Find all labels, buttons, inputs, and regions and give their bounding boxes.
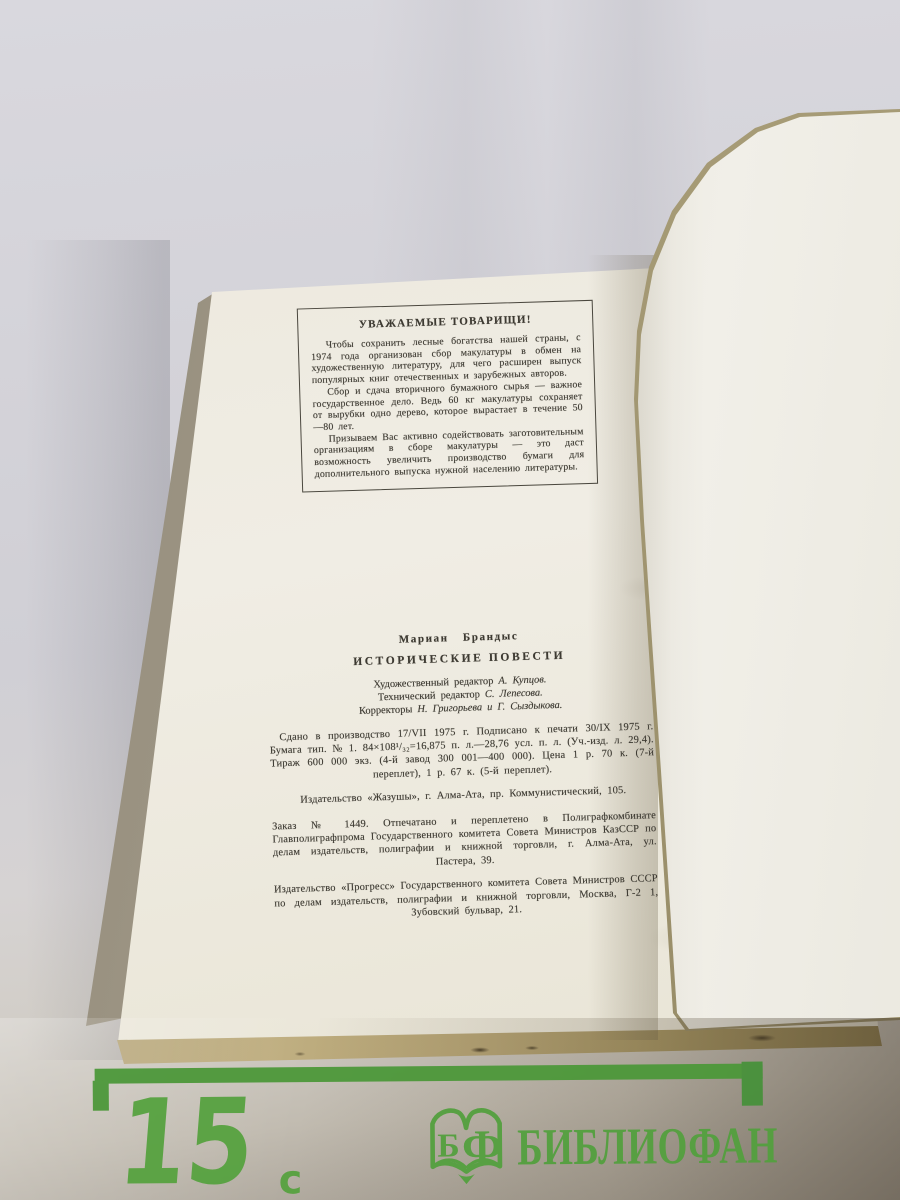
notice-paragraph: Чтобы сохранить лесные богатства нашей с…: [311, 332, 582, 387]
logo-letter-f: Ф: [462, 1121, 503, 1173]
open-book-icon: Б Ф: [424, 1102, 509, 1197]
price-currency: с: [279, 1160, 303, 1200]
notice-paragraph: Сбор и сдача вторичного бумажного сырья …: [312, 379, 583, 434]
watermark-bar-left-leg: [93, 1081, 109, 1111]
publisher-moscow: Издательство «Прогресс» Государственного…: [274, 872, 659, 924]
imprint-page-content: УВАЖАЕМЫЕ ТОВАРИЩИ! Чтобы сохранить лесн…: [250, 282, 666, 973]
print-run-info: Сдано в производство 17/VII 1975 г. Подп…: [269, 720, 654, 785]
order-printing-info: Заказ № 1449. Отпечатано и переплетено в…: [272, 809, 657, 874]
bibliofan-logo: Б Ф БИБЛИОФАН: [424, 1099, 870, 1196]
price-tag: 15 с: [114, 1082, 303, 1200]
logo-letter-b: Б: [437, 1127, 459, 1164]
watermark: 15 с Б Ф БИБЛИОФАН: [0, 1036, 900, 1200]
notice-paragraph: Призываем Вас активно содействовать заго…: [313, 426, 584, 481]
editor-name: Н. Григорьева и Г. Сыздыкова.: [417, 700, 562, 715]
editor-name: С. Лепесова.: [485, 688, 543, 701]
editor-role: Корректоры: [359, 705, 413, 718]
recycling-notice-box: УВАЖАЕМЫЕ ТОВАРИЩИ! Чтобы сохранить лесн…: [297, 300, 598, 493]
author-name: Мариан Брандыс: [267, 626, 651, 649]
book-title: ИСТОРИЧЕСКИЕ ПОВЕСТИ: [267, 647, 651, 670]
logo-text: БИБЛИОФАН: [517, 1120, 778, 1174]
photo-of-open-book: УВАЖАЕМЫЕ ТОВАРИЩИ! Чтобы сохранить лесн…: [0, 0, 900, 1200]
editors-list: Художественный редактор А. Купцов. Техни…: [268, 670, 653, 721]
colophon-block: Мариан Брандыс ИСТОРИЧЕСКИЕ ПОВЕСТИ Худо…: [267, 626, 659, 924]
publisher-kazakh: Издательство «Жазушы», г. Алма-Ата, пр. …: [298, 784, 628, 807]
editor-name: А. Купцов.: [498, 674, 546, 686]
notice-title: УВАЖАЕМЫЕ ТОВАРИЩИ!: [310, 312, 580, 332]
price-number: 15: [115, 1083, 259, 1200]
